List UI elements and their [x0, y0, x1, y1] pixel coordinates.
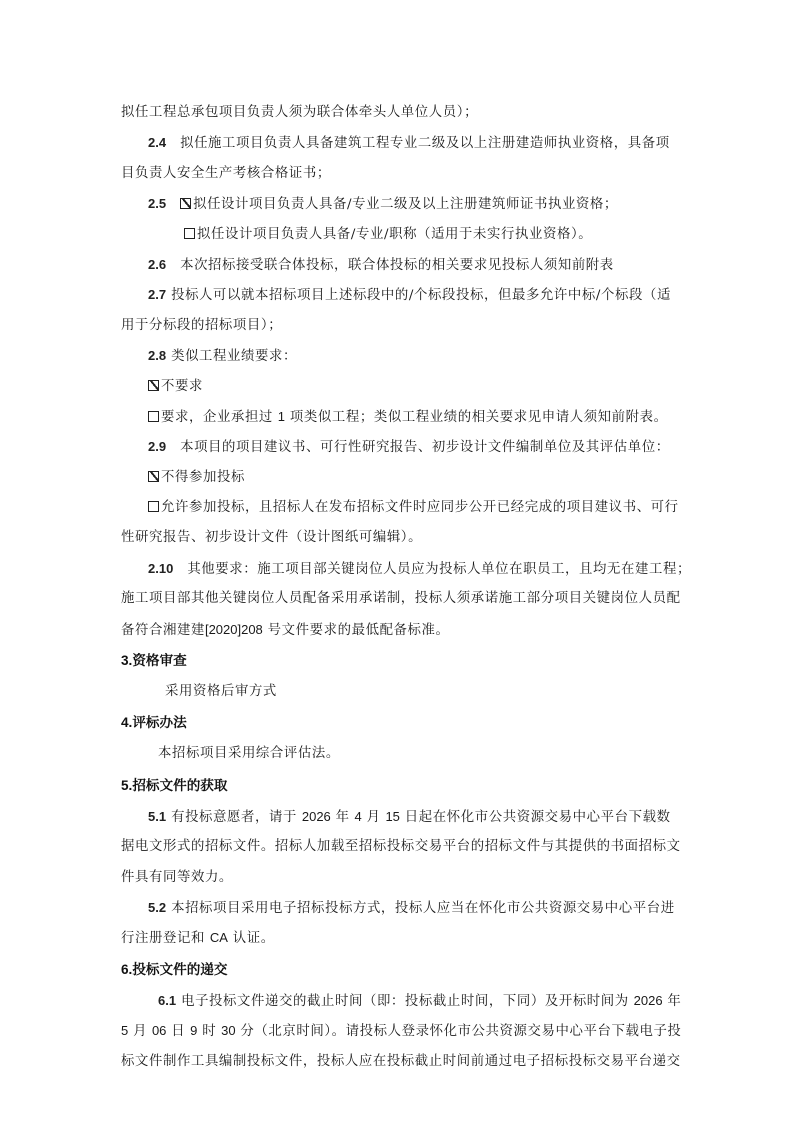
document-page: 拟任工程总承包项目负责人须为联合体牵头人单位人员）； 2.4拟任施工项目负责人具… [121, 98, 673, 1077]
clause-2-7: 2.7投标人可以就本招标项目上述标段中的/个标段投标，但最多允许中标/个标段（适 [121, 280, 673, 310]
section-3-text: 采用资格后审方式 [121, 677, 673, 707]
paragraph-text: 本招标项目采用综合评估法。 [158, 746, 340, 761]
year-value: 2026 [634, 993, 663, 1008]
clause-number: 2.5 [148, 196, 166, 211]
checked-checkbox-icon [148, 380, 159, 391]
text-line: 拟任工程总承包项目负责人须为联合体牵头人单位人员）； [121, 98, 673, 128]
text-line: 据电文形式的招标文件。招标人加载至招标投标交易平台的招标文件与其提供的书面招标文 [121, 832, 673, 862]
section-4-text: 本招标项目采用综合评估法。 [121, 739, 673, 769]
clause-text: 分（北京时间）。请投标人登录怀化市公共资源交易中心平台下载电子投 [240, 1024, 681, 1039]
clause-text: 本次招标接受联合体投标，联合体投标的相关要求见投标人须知前附表 [180, 258, 614, 273]
text-line: 标文件制作工具编制投标文件，投标人应在投标截止时间前通过电子招标投标交易平台递交 [121, 1047, 673, 1077]
clause-text: 其他要求：施工项目部关键岗位人员应为投标人单位在职员工，且均无在建工程； [187, 562, 691, 577]
clause-text: 号文件要求的最低配备标准。 [268, 623, 450, 638]
clause-text: 行注册登记和 [121, 931, 205, 946]
clause-text: 本项目的项目建议书、可行性研究报告、初步设计文件编制单位及其评估单位： [180, 440, 670, 455]
clause-2-9-option-2: 允许参加投标，且招标人在发布招标文件时应同步公开已经完成的项目建议书、可行 [121, 493, 673, 523]
month-value: 4 [355, 809, 362, 824]
clause-2-5: 2.5拟任设计项目负责人具备/专业二级及以上注册建筑师证书执业资格； [121, 189, 673, 219]
option-text: 拟任设计项目负责人具备/专业/职称（适用于未实行执业资格）。 [197, 227, 592, 242]
clause-2-5-option-2: 拟任设计项目负责人具备/专业/职称（适用于未实行执业资格）。 [121, 220, 673, 250]
clause-text: 年 [336, 810, 350, 825]
clause-number: 5.1 [148, 809, 166, 824]
day-value: 06 [152, 1023, 166, 1038]
unchecked-checkbox-icon [184, 228, 195, 239]
clause-text: 目负责人安全生产考核合格证书； [121, 166, 331, 181]
clause-text: 施工项目部其他关键岗位人员配备采用承诺制，投标人须承诺施工部分项目关键岗位人员配 [121, 591, 681, 606]
option-text: 性研究报告、初步设计文件（设计图纸可编辑）。 [121, 530, 422, 545]
clause-text: 电子投标文件递交的截止时间（即：投标截止时间，下同）及开标时间为 [181, 994, 629, 1009]
clause-2-6: 2.6本次招标接受联合体投标，联合体投标的相关要求见投标人须知前附表 [121, 250, 673, 280]
clause-text: 日 [171, 1024, 185, 1039]
text-line: 5 月 06 日 9 时 30 分（北京时间）。请投标人登录怀化市公共资源交易中… [121, 1016, 673, 1046]
clause-number: 2.6 [148, 257, 166, 272]
day-value: 15 [385, 809, 399, 824]
unchecked-checkbox-icon [148, 411, 159, 422]
number-value: 1 [278, 409, 285, 424]
year-value: 2026 [302, 809, 331, 824]
section-heading-6: 6.投标文件的递交 [121, 954, 673, 986]
clause-text: 年 [667, 994, 681, 1009]
clause-number: 2.4 [148, 135, 166, 150]
clause-text: 标文件制作工具编制投标文件，投标人应在投标截止时间前通过电子招标投标交易平台递交 [121, 1054, 681, 1069]
clause-2-8-option-2: 要求，企业承担过 1 项类似工程；类似工程业绩的相关要求见申请人须知前附表。 [121, 402, 673, 432]
section-heading-4: 4.评标办法 [121, 707, 673, 739]
clause-2-8: 2.8类似工程业绩要求： [121, 341, 673, 371]
unchecked-checkbox-icon [148, 501, 159, 512]
clause-2-4: 2.4拟任施工项目负责人具备建筑工程专业二级及以上注册建造师执业资格，具备项 [121, 128, 673, 158]
minute-value: 30 [221, 1023, 235, 1038]
clause-number: 2.8 [148, 348, 166, 363]
clause-text: 时 [202, 1024, 216, 1039]
clause-text: 备符合湘建建 [121, 623, 205, 638]
text-line: 件具有同等效力。 [121, 863, 673, 893]
clause-2-9-option-1: 不得参加投标 [121, 463, 673, 493]
clause-text: 月 [133, 1024, 147, 1039]
text-line: 施工项目部其他关键岗位人员配备采用承诺制，投标人须承诺施工部分项目关键岗位人员配 [121, 584, 673, 614]
clause-number: 2.10 [148, 561, 173, 576]
clause-5-1: 5.1有投标意愿者，请于 2026 年 4 月 15 日起在怀化市公共资源交易中… [121, 802, 673, 832]
option-text: 不得参加投标 [161, 470, 245, 485]
text-line: 性研究报告、初步设计文件（设计图纸可编辑）。 [121, 523, 673, 553]
clause-text: 本招标项目采用电子招标投标方式，投标人应当在怀化市公共资源交易中心平台进 [171, 901, 675, 916]
clause-text: 件具有同等效力。 [121, 870, 233, 885]
clause-2-8-option-1: 不要求 [121, 372, 673, 402]
clause-2-10: 2.10其他要求：施工项目部关键岗位人员应为投标人单位在职员工，且均无在建工程； [121, 554, 673, 584]
text-line: 用于分标段的招标项目）； [121, 311, 673, 341]
paragraph-text: 采用资格后审方式 [165, 684, 277, 699]
text-line: 目负责人安全生产考核合格证书； [121, 159, 673, 189]
clause-text: 有投标意愿者，请于 [171, 810, 297, 825]
ca-label: CA [210, 930, 228, 945]
paragraph-text: 拟任工程总承包项目负责人须为联合体牵头人单位人员）； [121, 105, 478, 120]
section-heading-3: 3.资格审查 [121, 645, 673, 677]
checked-checkbox-icon [148, 471, 159, 482]
option-text: 项类似工程；类似工程业绩的相关要求见申请人须知前附表。 [290, 410, 668, 425]
clause-text: 认证。 [233, 931, 275, 946]
option-text: 拟任设计项目负责人具备/专业二级及以上注册建筑师证书执业资格； [193, 197, 618, 212]
clause-text: 月 [367, 810, 381, 825]
section-heading-5: 5.招标文件的获取 [121, 770, 673, 802]
hour-value: 9 [190, 1023, 197, 1038]
month-value: 5 [121, 1023, 128, 1038]
clause-text: 日起在怀化市公共资源交易中心平台下载数 [405, 810, 671, 825]
option-text: 不要求 [161, 379, 203, 394]
document-reference: [2020]208 [205, 622, 263, 637]
option-text: 要求，企业承担过 [161, 410, 273, 425]
clause-text: 拟任施工项目负责人具备建筑工程专业二级及以上注册建造师执业资格，具备项 [180, 136, 670, 151]
clause-6-1: 6.1电子投标文件递交的截止时间（即：投标截止时间，下同）及开标时间为 2026… [121, 986, 673, 1016]
clause-number: 2.7 [148, 287, 166, 302]
clause-number: 6.1 [158, 993, 176, 1008]
option-text: 允许参加投标，且招标人在发布招标文件时应同步公开已经完成的项目建议书、可行 [161, 500, 679, 515]
clause-number: 2.9 [148, 439, 166, 454]
clause-5-2: 5.2本招标项目采用电子招标投标方式，投标人应当在怀化市公共资源交易中心平台进 [121, 893, 673, 923]
clause-2-9: 2.9本项目的项目建议书、可行性研究报告、初步设计文件编制单位及其评估单位： [121, 432, 673, 462]
clause-text: 投标人可以就本招标项目上述标段中的/个标段投标，但最多允许中标/个标段（适 [171, 288, 671, 303]
clause-text: 用于分标段的招标项目）； [121, 318, 282, 333]
text-line: 备符合湘建建[2020]208 号文件要求的最低配备标准。 [121, 615, 673, 645]
text-line: 行注册登记和 CA 认证。 [121, 923, 673, 953]
clause-text: 据电文形式的招标文件。招标人加载至招标投标交易平台的招标文件与其提供的书面招标文 [121, 839, 681, 854]
checked-checkbox-icon [180, 198, 191, 209]
clause-text: 类似工程业绩要求： [171, 349, 297, 364]
clause-number: 5.2 [148, 900, 166, 915]
